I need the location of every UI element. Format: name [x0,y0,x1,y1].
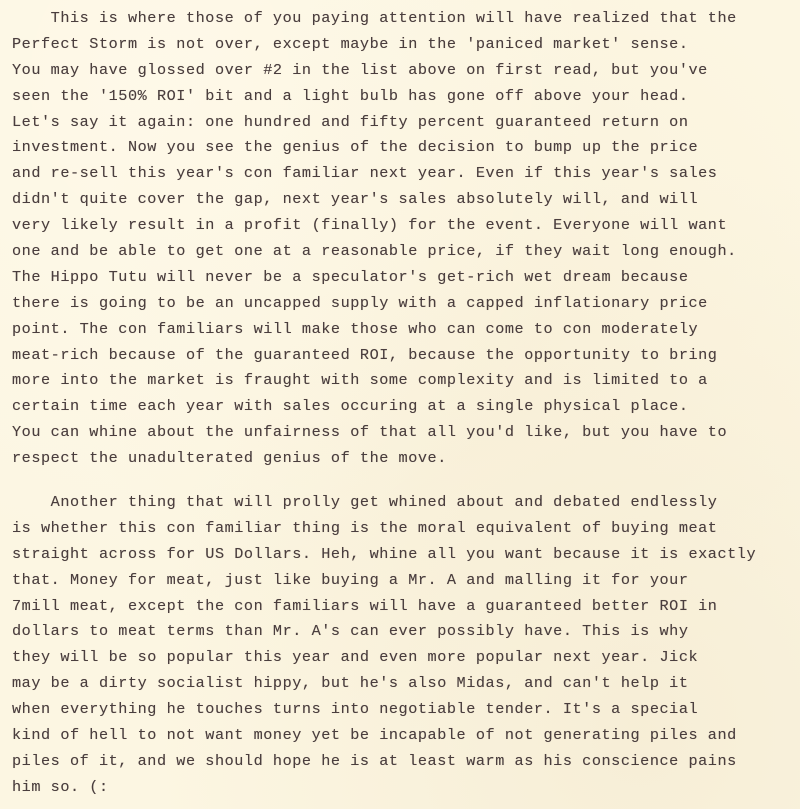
text-line: You can whine about the unfairness of th… [12,420,737,446]
text-line: 7mill meat, except the con familiars wil… [12,594,756,620]
text-line: is whether this con familiar thing is th… [12,516,756,542]
text-line: more into the market is fraught with som… [12,368,737,394]
text-line: one and be able to get one at a reasonab… [12,239,737,265]
text-line: him so. (: [12,775,756,801]
text-line: very likely result in a profit (finally)… [12,213,737,239]
text-line: piles of it, and we should hope he is at… [12,749,756,775]
text-line: didn't quite cover the gap, next year's … [12,187,737,213]
text-line: seen the '150% ROI' bit and a light bulb… [12,84,737,110]
text-line: may be a dirty socialist hippy, but he's… [12,671,756,697]
text-line: certain time each year with sales occuri… [12,394,737,420]
text-line: respect the unadulterated genius of the … [12,446,737,472]
paragraph-perfect-storm: This is where those of you paying attent… [12,6,737,472]
text-line: Another thing that will prolly get whine… [12,490,756,516]
text-line: dollars to meat terms than Mr. A's can e… [12,619,756,645]
text-line: kind of hell to not want money yet be in… [12,723,756,749]
paragraph-con-familiar-morality: Another thing that will prolly get whine… [12,490,756,801]
text-line: they will be so popular this year and ev… [12,645,756,671]
text-line: and re-sell this year's con familiar nex… [12,161,737,187]
typewritten-page: This is where those of you paying attent… [0,0,800,809]
text-line: The Hippo Tutu will never be a speculato… [12,265,737,291]
text-line: straight across for US Dollars. Heh, whi… [12,542,756,568]
text-line: Let's say it again: one hundred and fift… [12,110,737,136]
text-line: that. Money for meat, just like buying a… [12,568,756,594]
text-line: This is where those of you paying attent… [12,6,737,32]
text-line: point. The con familiars will make those… [12,317,737,343]
text-line: You may have glossed over #2 in the list… [12,58,737,84]
text-line: meat-rich because of the guaranteed ROI,… [12,343,737,369]
text-line: Perfect Storm is not over, except maybe … [12,32,737,58]
text-line: there is going to be an uncapped supply … [12,291,737,317]
text-line: when everything he touches turns into ne… [12,697,756,723]
text-line: investment. Now you see the genius of th… [12,135,737,161]
